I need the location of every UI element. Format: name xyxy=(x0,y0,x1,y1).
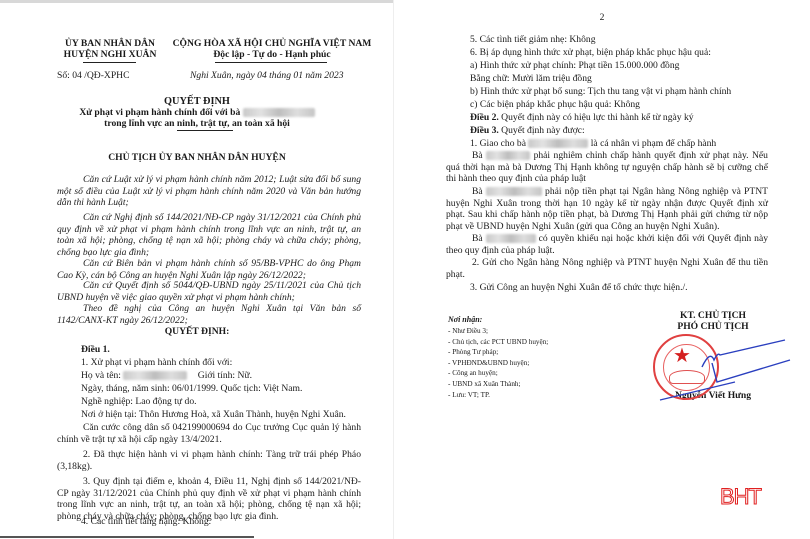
penalty-in-words: Bằng chữ: Mười lăm triệu đồng xyxy=(470,73,592,85)
id-card: Căn cước công dân số 042199000694 do Cục… xyxy=(57,422,361,445)
article-1-item-1: 1. Xử phạt vi phạm hành chính đối với: xyxy=(81,357,232,369)
aggravating-circumstances: 4. Các tình tiết tăng nặng: Không. xyxy=(81,516,211,528)
redacted-name xyxy=(486,151,530,160)
recipients-heading: Nơi nhận: xyxy=(448,315,482,324)
mitigating-circumstances: 5. Các tình tiết giảm nhẹ: Không xyxy=(470,34,596,46)
main-penalty: a) Hình thức xử phạt chính: Phạt tiền 15… xyxy=(470,60,679,72)
legal-basis-1: Căn cứ Luật xử lý vi phạm hành chính năm… xyxy=(57,174,361,209)
article-3: Điều 3. Quyết định này được: xyxy=(470,125,585,137)
page-number: 2 xyxy=(394,12,810,24)
redacted-name xyxy=(528,139,588,148)
compliance-paragraph: Bà phải nghiêm chỉnh chấp hành quyết địn… xyxy=(446,150,768,185)
document-page-1: ỦY BAN NHÂN DÂN HUYỆN NGHI XUÂN Số: 04 /… xyxy=(0,0,394,539)
legal-basis-4: Căn cứ Quyết định số 5044/QĐ-UBND ngày 2… xyxy=(57,280,361,303)
page-top-border xyxy=(0,0,394,3)
document-number: Số: 04 /QĐ-XPHC xyxy=(57,70,130,82)
article-3-item-3: 3. Gửi Công an huyện Nghi Xuân để tổ chứ… xyxy=(470,282,688,294)
payment-paragraph: Bà phải nộp tiền phạt tại Ngân hàng Nông… xyxy=(446,186,768,233)
redacted-name xyxy=(486,234,536,243)
page-bottom-border xyxy=(0,536,254,538)
legal-basis-3: Căn cứ Biên bản vi phạm hành chính số 95… xyxy=(57,258,361,281)
subtitle-underline xyxy=(177,130,233,131)
appeal-paragraph: Bà có quyền khiếu nại hoặc khởi kiện đối… xyxy=(446,233,768,256)
decision-subtitle-2: trong lĩnh vực an ninh, trật tự, an toàn… xyxy=(0,118,394,130)
violation-act: 2. Đã thực hiện hành vi vi phạm hành chí… xyxy=(57,449,361,472)
date-of-birth: Ngày, tháng, năm sinh: 06/01/1999. Quốc … xyxy=(81,383,302,395)
article-3-item-2: 2. Gửi cho Ngân hàng Nông nghiệp và PTNT… xyxy=(446,257,768,280)
place-date: Nghi Xuân, ngày 04 tháng 01 năm 2023 xyxy=(190,70,344,82)
article-3-item-1: 1. Giao cho bà là cá nhân vi phạm để chấ… xyxy=(470,138,716,150)
document-page-2: 2 5. Các tình tiết giảm nhẹ: Không 6. Bị… xyxy=(394,0,810,539)
redacted-name xyxy=(243,108,315,117)
signature-icon xyxy=(640,330,800,405)
article-2: Điều 2. Quyết định này có hiệu lực thi h… xyxy=(470,112,694,124)
article-1-heading: Điều 1. xyxy=(81,344,110,356)
legal-basis-2: Căn cứ Nghị định số 144/2021/NĐ-CP ngày … xyxy=(57,212,361,259)
recipients-list: - Như Điều 3; - Chủ tịch, các PCT UBND h… xyxy=(448,326,548,400)
decision-heading: QUYẾT ĐỊNH: xyxy=(0,326,394,338)
occupation: Nghề nghiệp: Lao động tự do. xyxy=(81,396,197,408)
issuer-underline xyxy=(83,62,136,63)
remedial-measures: c) Các biện pháp khắc phục hậu quả: Khôn… xyxy=(470,99,640,111)
issuer-line-2: HUYỆN NGHI XUÂN xyxy=(50,49,170,61)
nation-underline xyxy=(215,62,327,63)
additional-penalty: b) Hình thức xử phạt bổ sung: Tịch thu t… xyxy=(470,86,731,98)
violator-name-row: Họ và tên: Giới tính: Nữ. xyxy=(81,370,252,382)
redacted-name xyxy=(123,371,187,380)
legal-basis-5: Theo đề nghị của Công an huyện Nghi Xuân… xyxy=(57,303,361,326)
nation-line-2: Độc lập - Tự do - Hạnh phúc xyxy=(172,49,372,61)
penalty-heading: 6. Bị áp dụng hình thức xử phạt, biện ph… xyxy=(470,47,711,59)
bht-logo-icon: BHT xyxy=(720,484,761,510)
residence: Nơi ở hiện tại: Thôn Hương Hoà, xã Xuân … xyxy=(81,409,346,421)
redacted-name xyxy=(486,187,542,196)
authority-heading: CHỦ TỊCH ỦY BAN NHÂN DÂN HUYỆN xyxy=(0,152,394,164)
